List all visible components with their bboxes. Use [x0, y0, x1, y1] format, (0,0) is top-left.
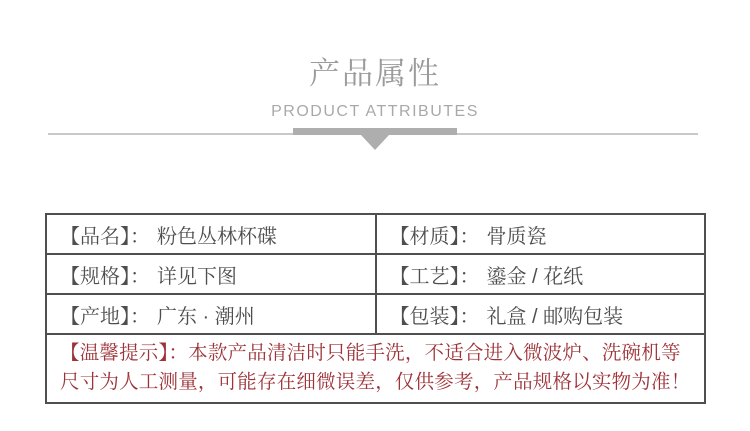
divider-arrow-icon: [361, 135, 389, 150]
divider-bar: [293, 128, 457, 135]
product-attributes-section: 产品属性 PRODUCT ATTRIBUTES 【品名】： 粉色丛林杯碟 【材质…: [0, 0, 750, 431]
notice-row: 【温馨提示】：本款产品清洁时只能手洗，不适合进入微波炉、洗碗机等 尺寸为人工测量…: [47, 335, 704, 402]
notice-text: 本款产品清洁时只能手洗，不适合进入微波炉、洗碗机等: [188, 342, 681, 364]
attr-cell-package: 【包装】： 礼盒 / 邮购包装: [375, 295, 705, 333]
attr-value: 鎏金 / 花纸: [487, 260, 584, 289]
page-title: 产品属性: [0, 57, 750, 91]
attributes-table: 【品名】： 粉色丛林杯碟 【材质】： 骨质瓷 【规格】： 详见下图 【工艺】： …: [45, 213, 706, 404]
attr-label: 【材质】：: [390, 220, 480, 249]
page-subtitle: PRODUCT ATTRIBUTES: [0, 102, 750, 121]
attr-value: 礼盒 / 邮购包装: [487, 300, 624, 329]
attr-value: 粉色丛林杯碟: [157, 220, 277, 249]
notice-label: 【温馨提示】：: [60, 342, 188, 364]
attr-label: 【工艺】：: [390, 260, 480, 289]
notice-line-1: 【温馨提示】：本款产品清洁时只能手洗，不适合进入微波炉、洗碗机等: [60, 339, 694, 368]
table-row: 【产地】： 广东 · 潮州 【包装】： 礼盒 / 邮购包装: [47, 295, 704, 335]
attr-value: 广东 · 潮州: [157, 300, 255, 329]
attr-label: 【包装】：: [390, 300, 480, 329]
attr-label: 【产地】：: [60, 300, 150, 329]
attr-label: 【规格】：: [60, 260, 150, 289]
attr-cell-craft: 【工艺】： 鎏金 / 花纸: [375, 255, 705, 293]
attr-value: 详见下图: [157, 260, 237, 289]
attr-cell-origin: 【产地】： 广东 · 潮州: [47, 295, 375, 333]
attr-cell-name: 【品名】： 粉色丛林杯碟: [47, 215, 375, 253]
notice-line-2: 尺寸为人工测量，可能存在细微误差，仅供参考，产品规格以实物为准！: [60, 368, 694, 397]
attr-cell-material: 【材质】： 骨质瓷: [375, 215, 705, 253]
table-row: 【规格】： 详见下图 【工艺】： 鎏金 / 花纸: [47, 255, 704, 295]
attr-cell-spec: 【规格】： 详见下图: [47, 255, 375, 293]
attr-value: 骨质瓷: [487, 220, 547, 249]
table-row: 【品名】： 粉色丛林杯碟 【材质】： 骨质瓷: [47, 215, 704, 255]
attr-label: 【品名】：: [60, 220, 150, 249]
